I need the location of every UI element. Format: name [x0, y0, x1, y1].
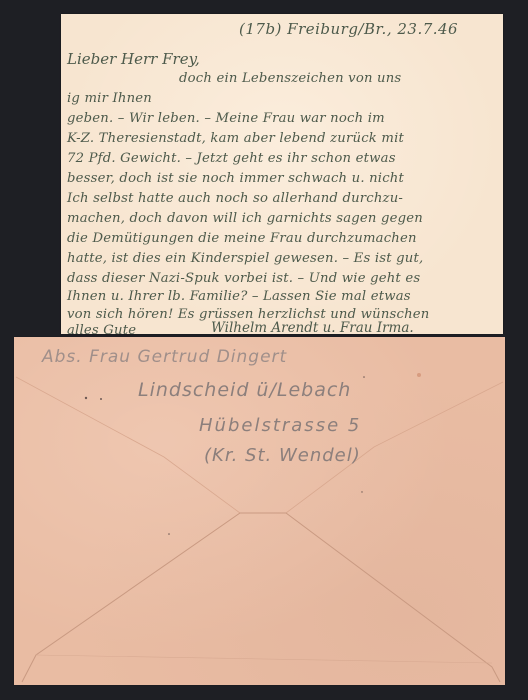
postcard: (17b) Freiburg/Br., 23.7.46 Lieber Herr … — [61, 14, 503, 334]
letter-line: K-Z. Theresienstadt, kam aber lebend zur… — [67, 132, 404, 145]
letter-line: die Demütigungen die meine Frau durchzum… — [67, 232, 417, 245]
letter-line: geben. – Wir leben. – Meine Frau war noc… — [67, 112, 385, 125]
letter-line: machen, doch davon will ich garnichts sa… — [67, 212, 423, 225]
letter-line: 72 Pfd. Gewicht. – Jetzt geht es ihr sch… — [67, 152, 396, 165]
letter-line: doch ein Lebenszeichen von uns — [179, 72, 401, 85]
signature: Wilhelm Arendt u. Frau Irma. — [211, 322, 414, 336]
closing: alles Gute — [67, 324, 136, 337]
letter-line: besser, doch ist sie noch immer schwach … — [67, 172, 404, 185]
letter-line-start: ig mir Ihnen — [67, 92, 152, 105]
envelope-back: Abs. Frau Gertrud Dingert Lindscheid ü/L… — [14, 337, 505, 685]
document-scan: Abs. Frau Gertrud Dingert Lindscheid ü/L… — [0, 0, 528, 700]
sender-town: Lindscheid ü/Lebach — [138, 379, 351, 401]
letter-line: dass dieser Nazi-Spuk vorbei ist. – Und … — [67, 272, 420, 285]
place-date-header: (17b) Freiburg/Br., 23.7.46 — [239, 22, 458, 37]
sender-district: (Kr. St. Wendel) — [204, 445, 361, 466]
salutation: Lieber Herr Frey, — [67, 52, 200, 67]
letter-line: hatte, ist dies ein Kinderspiel gewesen.… — [67, 252, 423, 265]
letter-line: Ihnen u. Ihrer lb. Familie? – Lassen Sie… — [67, 290, 411, 303]
sender-name: Abs. Frau Gertrud Dingert — [42, 347, 287, 367]
letter-line: Ich selbst hatte auch noch so allerhand … — [67, 192, 403, 205]
sender-street: Hübelstrasse 5 — [199, 415, 361, 436]
